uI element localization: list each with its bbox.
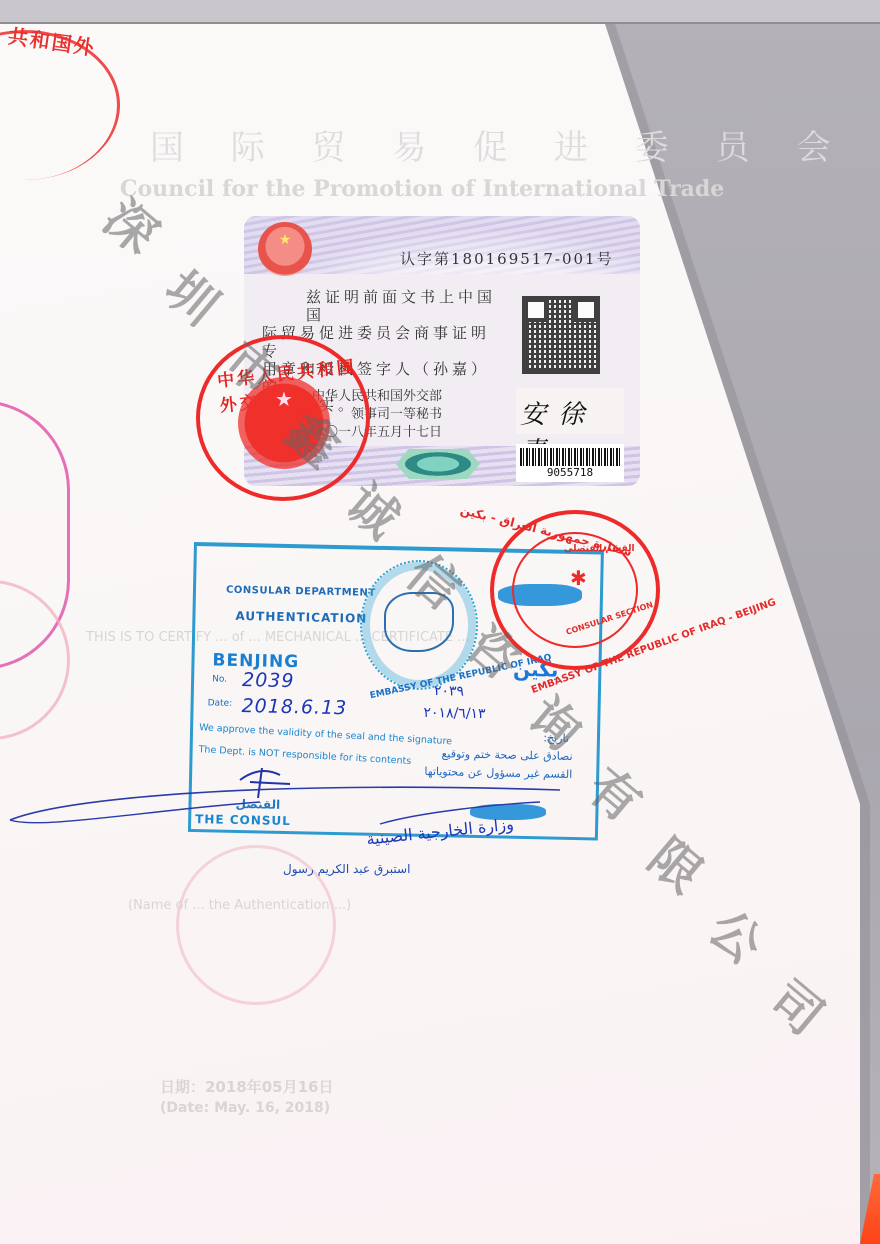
stamp-approve-text: We approve the validity of the seal and …: [199, 722, 452, 747]
stamp-date-value: 2018.6.13: [241, 695, 347, 719]
national-emblem-icon: ★: [258, 222, 312, 276]
stamp-no-value: 2039: [242, 669, 295, 692]
stamp-not-responsible-text: The Dept. is NOT responsible for its con…: [198, 744, 411, 767]
red-seal-consular: CONSULAR SECTION: [565, 600, 654, 637]
stamp-date-label: Date:: [208, 698, 233, 709]
faint-en-title: Council for the Promotion of Internation…: [120, 176, 724, 202]
signer-name-ar: استبرق عبد الكريم رسول: [283, 862, 410, 876]
qr-code: [522, 296, 600, 374]
hologram-icon: [396, 449, 480, 479]
stamp-consul: THE CONSUL: [195, 812, 291, 828]
barcode-box: 9055718: [516, 444, 624, 482]
official-signature: 安 徐 青: [516, 388, 624, 434]
certificate-number: 认字第180169517-001号: [400, 248, 614, 269]
cert-line-1: 兹证明前面文书上中国国: [262, 288, 507, 324]
stamp-no-label: No.: [212, 674, 227, 684]
faint-footer-date-en: (Date: May. 16, 2018): [160, 1100, 330, 1116]
stamp-title: AUTHENTICATION: [235, 609, 367, 626]
barcode-number: 9055718: [516, 466, 624, 479]
faint-footer-date-cn: 日期：2018年05月16日: [160, 1076, 334, 1097]
stamp-not-responsible-ar: القسم غير مسؤول عن محتوياتها: [424, 765, 572, 781]
barcode-icon: [520, 448, 620, 466]
stamp-consul-ar: القنصل: [235, 797, 280, 812]
palm-tree-icon: ✱: [570, 566, 587, 590]
stamp-department: CONSULAR DEPARTMENT: [226, 585, 376, 599]
red-seal-inner-ar: القسم القنصلي: [564, 544, 635, 554]
faint-cn-title: 国 际 贸 易 促 进 委 员 会: [150, 120, 848, 169]
star-icon: ★: [258, 232, 312, 248]
scanner-top-strip: [0, 0, 880, 24]
stamp-date-value-ar: ٢٠١٨/٦/١٣: [423, 705, 485, 722]
